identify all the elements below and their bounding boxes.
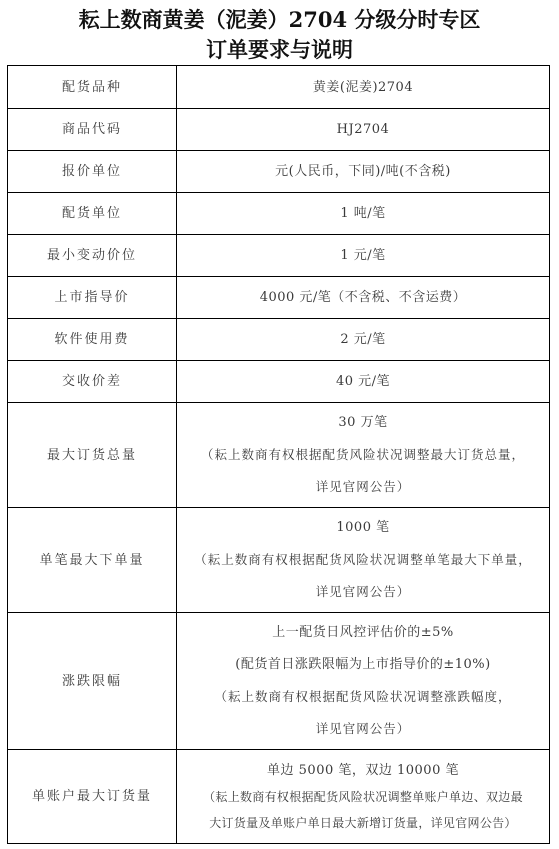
row-label: 配货单位	[8, 193, 177, 235]
table-row: 报价单位 元(人民币，下同)/吨(不含税)	[8, 151, 550, 193]
table-row: 软件使用费 2 元/笔	[8, 319, 550, 361]
order-requirements-table: 配货品种 黄姜(泥姜)2704 商品代码 HJ2704 报价单位 元(人民币，下…	[7, 65, 550, 844]
value-note: 详见官网公告）	[181, 576, 545, 608]
row-value: 4000 元/笔（不含税、不含运费）	[177, 277, 550, 319]
table-row: 最大订货总量 30 万笔 （耘上数商有权根据配货风险状况调整最大订货总量， 详见…	[8, 403, 550, 508]
value-line: 单边 5000 笔，双边 10000 笔	[181, 758, 545, 784]
row-label: 涨跌限幅	[8, 613, 177, 750]
table-row: 配货品种 黄姜(泥姜)2704	[8, 66, 550, 109]
row-label: 单账户最大订货量	[8, 750, 177, 844]
table-row: 配货单位 1 吨/笔	[8, 193, 550, 235]
table-row: 最小变动价位 1 元/笔	[8, 235, 550, 277]
row-value: 40 元/笔	[177, 361, 550, 403]
row-value: 上一配货日风控评估价的±5% (配货首日涨跌限幅为上市指导价的±10%) （耘上…	[177, 613, 550, 750]
row-value: 2 元/笔	[177, 319, 550, 361]
row-label: 配货品种	[8, 66, 177, 109]
row-label: 上市指导价	[8, 277, 177, 319]
value-note: （耘上数商有权根据配货风险状况调整单账户单边、双边最	[181, 784, 545, 810]
row-label: 软件使用费	[8, 319, 177, 361]
row-value: 1000 笔 （耘上数商有权根据配货风险状况调整单笔最大下单量， 详见官网公告）	[177, 508, 550, 613]
document-title: 耘上数商黄姜（泥姜）2704 分级分时专区	[0, 4, 559, 34]
value-note: （耘上数商有权根据配货风险状况调整最大订货总量，	[181, 439, 545, 471]
table-row: 单笔最大下单量 1000 笔 （耘上数商有权根据配货风险状况调整单笔最大下单量，…	[8, 508, 550, 613]
value-note: （耘上数商有权根据配货风险状况调整涨跌幅度，	[181, 681, 545, 713]
value-line: 30 万笔	[181, 407, 545, 439]
value-line: 上一配货日风控评估价的±5%	[181, 617, 545, 649]
row-value: 黄姜(泥姜)2704	[177, 66, 550, 109]
value-note: 详见官网公告）	[181, 471, 545, 503]
value-line: 1000 笔	[181, 512, 545, 544]
value-line: (配货首日涨跌限幅为上市指导价的±10%)	[181, 649, 545, 681]
row-label: 报价单位	[8, 151, 177, 193]
row-value: HJ2704	[177, 109, 550, 151]
row-label: 单笔最大下单量	[8, 508, 177, 613]
row-value: 1 吨/笔	[177, 193, 550, 235]
row-label: 商品代码	[8, 109, 177, 151]
row-label: 交收价差	[8, 361, 177, 403]
value-note: （耘上数商有权根据配货风险状况调整单笔最大下单量，	[181, 544, 545, 576]
table-row: 涨跌限幅 上一配货日风控评估价的±5% (配货首日涨跌限幅为上市指导价的±10%…	[8, 613, 550, 750]
value-note: 大订货量及单账户单日最大新增订货量，详见官网公告）	[181, 810, 545, 836]
row-label: 最小变动价位	[8, 235, 177, 277]
row-value: 元(人民币，下同)/吨(不含税)	[177, 151, 550, 193]
table-row: 商品代码 HJ2704	[8, 109, 550, 151]
table-row: 交收价差 40 元/笔	[8, 361, 550, 403]
row-label: 最大订货总量	[8, 403, 177, 508]
row-value: 30 万笔 （耘上数商有权根据配货风险状况调整最大订货总量， 详见官网公告）	[177, 403, 550, 508]
document-subtitle: 订单要求与说明	[0, 34, 559, 64]
row-value: 1 元/笔	[177, 235, 550, 277]
row-value: 单边 5000 笔，双边 10000 笔 （耘上数商有权根据配货风险状况调整单账…	[177, 750, 550, 844]
table-row: 单账户最大订货量 单边 5000 笔，双边 10000 笔 （耘上数商有权根据配…	[8, 750, 550, 844]
value-note: 详见官网公告）	[181, 713, 545, 745]
table-row: 上市指导价 4000 元/笔（不含税、不含运费）	[8, 277, 550, 319]
